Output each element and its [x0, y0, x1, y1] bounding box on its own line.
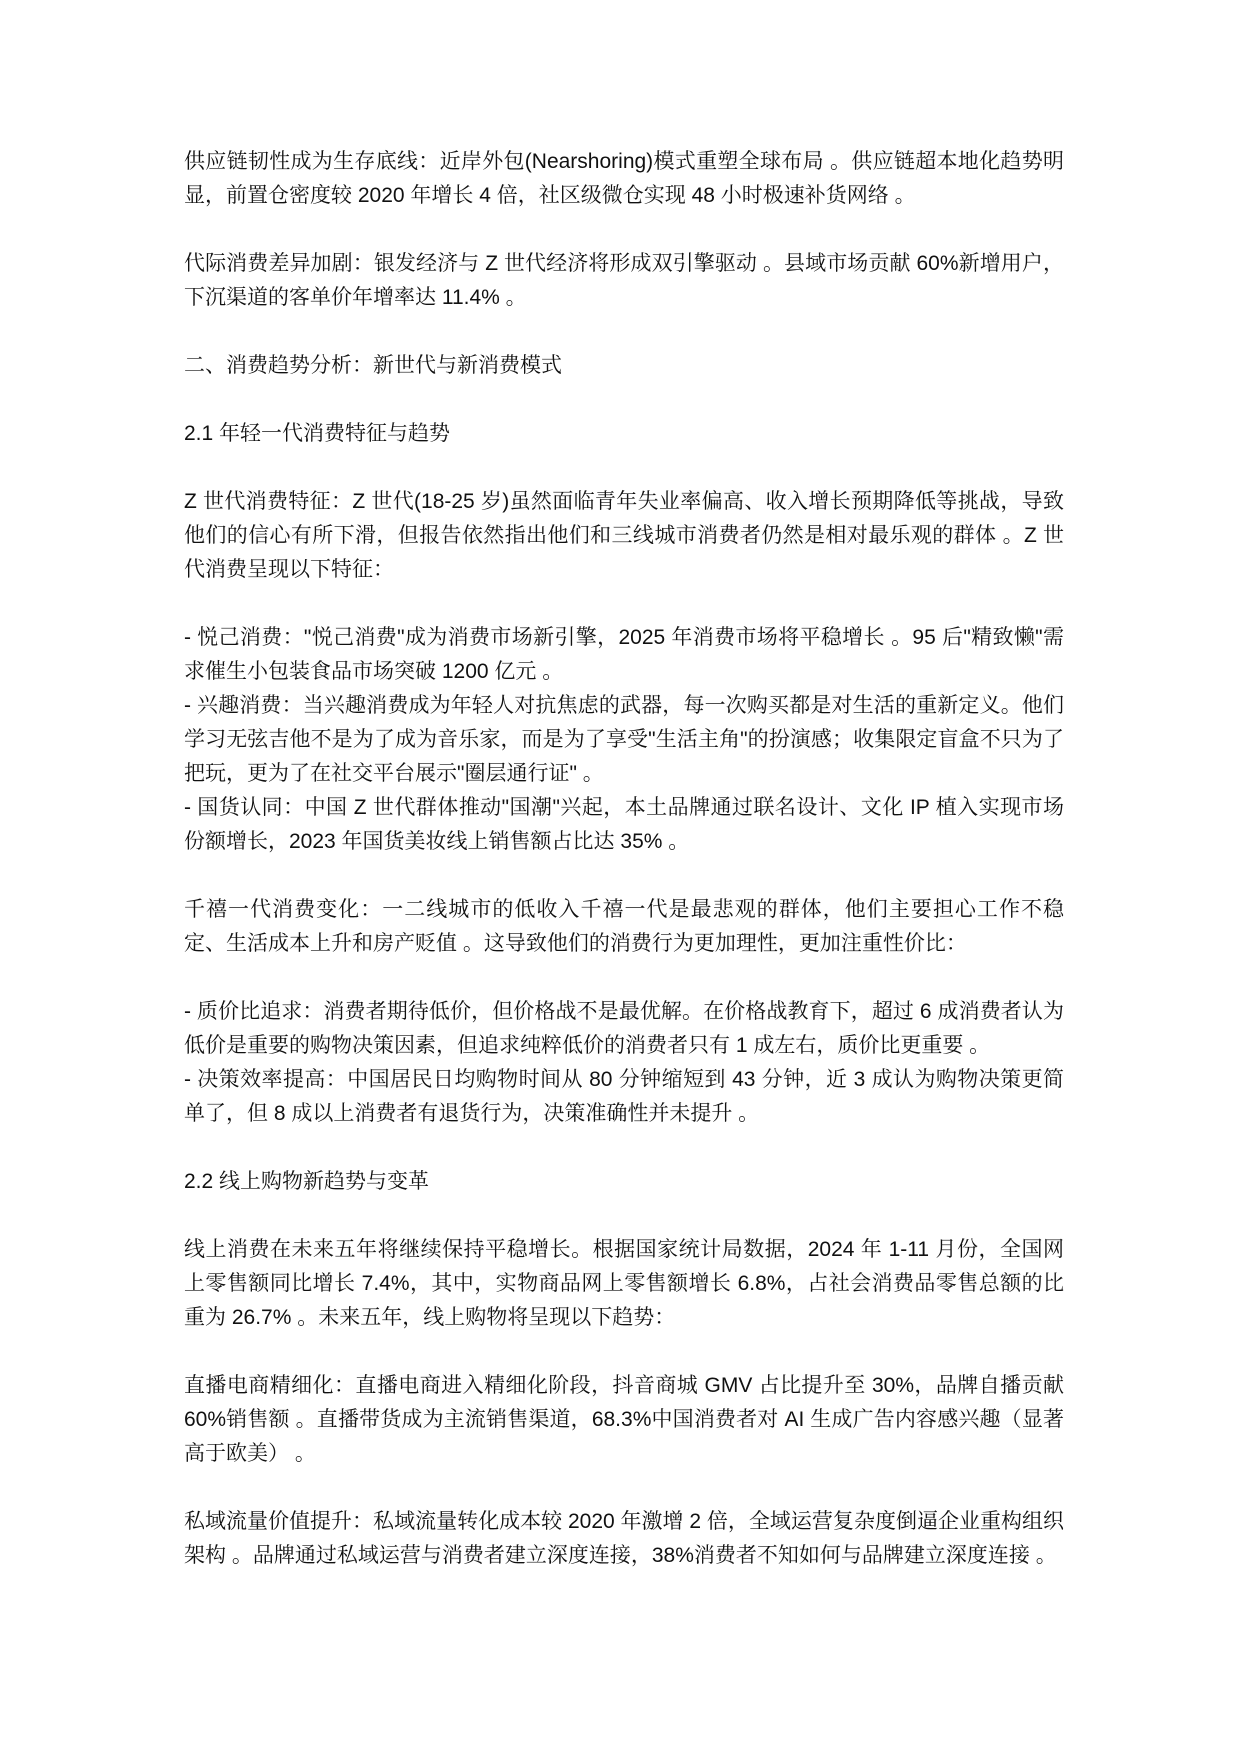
list-item-domestic-brand-identity: - 国货认同：中国 Z 世代群体推动"国潮"兴起，本土品牌通过联名设计、文化 I…	[184, 791, 1064, 859]
list-item-quality-price-ratio: - 质价比追求：消费者期待低价，但价格战不是最优解。在价格战教育下，超过 6 成…	[184, 995, 1064, 1063]
list-item-decision-efficiency: - 决策效率提高：中国居民日均购物时间从 80 分钟缩短到 43 分钟，近 3 …	[184, 1063, 1064, 1131]
section-heading-2: 二、消费趋势分析：新世代与新消费模式	[184, 349, 1064, 383]
subsection-heading-2-2: 2.2 线上购物新趋势与变革	[184, 1165, 1064, 1199]
paragraph-generational-gap: 代际消费差异加剧：银发经济与 Z 世代经济将形成双引擎驱动 。县域市场贡献 60…	[184, 247, 1064, 315]
paragraph-private-traffic: 私域流量价值提升：私域流量转化成本较 2020 年激增 2 倍，全域运营复杂度倒…	[184, 1505, 1064, 1573]
list-item-self-pleasing-consumption: - 悦己消费："悦己消费"成为消费市场新引擎，2025 年消费市场将平稳增长 。…	[184, 621, 1064, 689]
document-page: 供应链韧性成为生存底线：近岸外包(Nearshoring)模式重塑全球布局 。供…	[0, 0, 1240, 1752]
paragraph-genz-traits: Z 世代消费特征：Z 世代(18-25 岁)虽然面临青年失业率偏高、收入增长预期…	[184, 485, 1064, 587]
paragraph-millennial-changes: 千禧一代消费变化：一二线城市的低收入千禧一代是最悲观的群体，他们主要担心工作不稳…	[184, 893, 1064, 961]
subsection-heading-2-1: 2.1 年轻一代消费特征与趋势	[184, 417, 1064, 451]
paragraph-livestream-ecommerce: 直播电商精细化：直播电商进入精细化阶段，抖音商城 GMV 占比提升至 30%，品…	[184, 1369, 1064, 1471]
list-item-interest-consumption: - 兴趣消费：当兴趣消费成为年轻人对抗焦虑的武器，每一次购买都是对生活的重新定义…	[184, 689, 1064, 791]
paragraph-supply-chain: 供应链韧性成为生存底线：近岸外包(Nearshoring)模式重塑全球布局 。供…	[184, 145, 1064, 213]
paragraph-online-consumption-growth: 线上消费在未来五年将继续保持平稳增长。根据国家统计局数据，2024 年 1-11…	[184, 1233, 1064, 1335]
